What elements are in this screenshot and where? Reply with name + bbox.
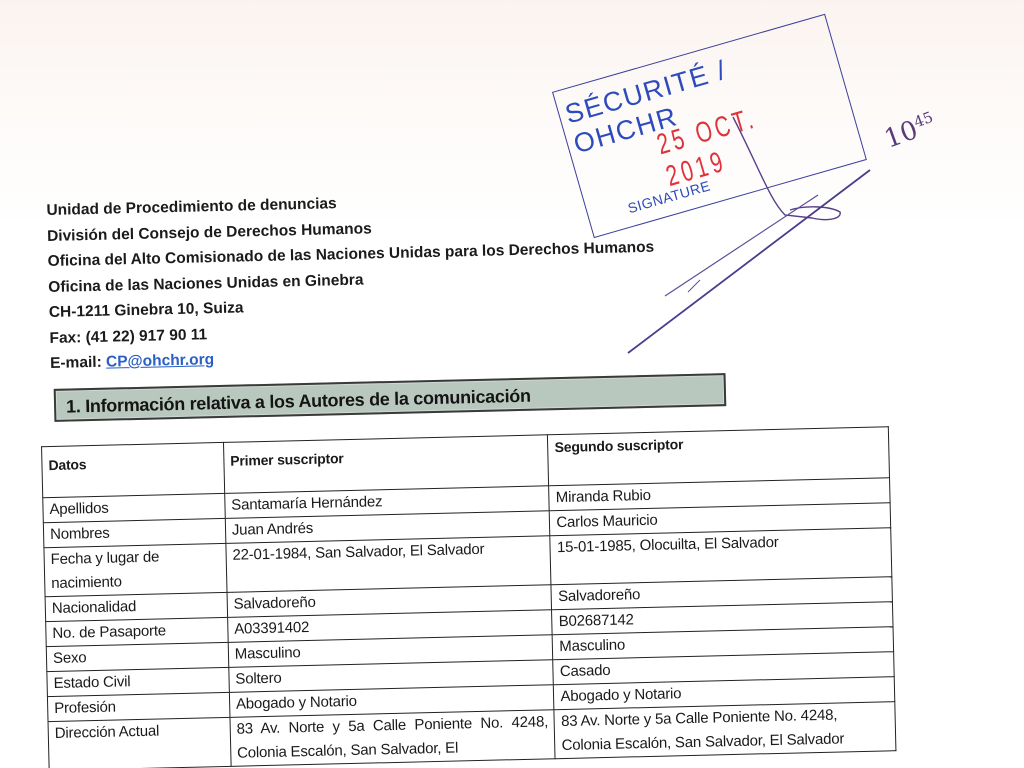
- cell-second: 83 Av. Norte y 5a Calle Poniente No. 424…: [554, 702, 896, 759]
- authors-table: Datos Primer suscriptor Segundo suscript…: [41, 426, 896, 768]
- section-title: 1. Información relativa a los Autores de…: [54, 373, 727, 422]
- row-label: Dirección Actual: [48, 717, 231, 768]
- row-label: Fecha y lugar de nacimiento: [44, 543, 227, 596]
- header-primer-suscriptor: Primer suscriptor: [223, 435, 549, 494]
- header-datos: Datos: [42, 442, 225, 497]
- cell-first: 22-01-1984, San Salvador, El Salvador: [226, 536, 552, 593]
- email-link[interactable]: CP@ohchr.org: [106, 351, 214, 371]
- email-label: E-mail:: [50, 354, 106, 372]
- recipient-address-block: Unidad de Procedimiento de denuncias Div…: [46, 184, 657, 377]
- cell-first: 83 Av. Norte y 5a Calle Poniente No. 424…: [230, 710, 556, 767]
- header-segundo-suscriptor: Segundo suscriptor: [548, 427, 890, 486]
- document-page: Unidad de Procedimiento de denuncias Div…: [0, 0, 1024, 768]
- cell-second: 15-01-1985, Olocuilta, El Salvador: [550, 528, 892, 585]
